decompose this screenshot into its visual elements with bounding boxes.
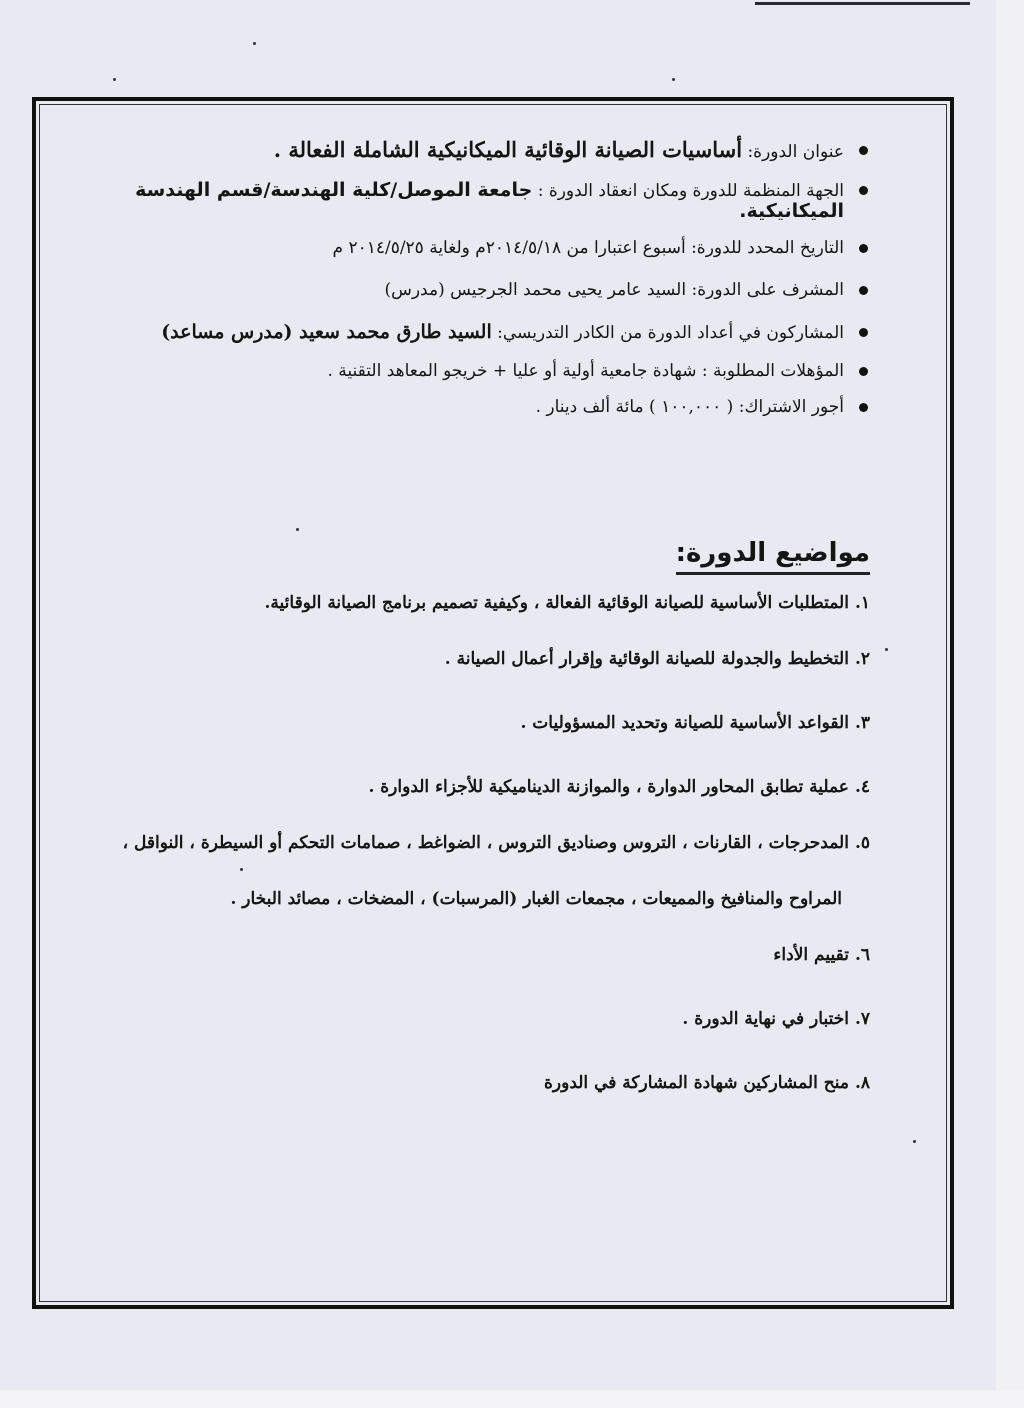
bullet-dates: التاريخ المحدد للدورة: أسبوع اعتبارا من … [60, 238, 870, 258]
label: أجور الاشتراك: [739, 397, 844, 417]
label: الجهة المنظمة للدورة ومكان انعقاد الدورة… [538, 181, 844, 201]
scan-speck [113, 78, 116, 81]
scan-speck [885, 648, 888, 651]
label: المشاركون في أعداد الدورة من الكادر التد… [497, 323, 844, 343]
topic-item: ٢.التخطيط والجدولة للصيانة الوقائية وإقر… [445, 648, 870, 670]
topic-item: ٦.تقييم الأداء [773, 944, 870, 966]
scan-speck [240, 868, 243, 871]
topic-item: ٨.منح المشاركين شهادة المشاركة في الدورة [544, 1072, 870, 1094]
dates: أسبوع اعتبارا من ٢٠١٤/٥/١٨م ولغاية ٢٠١٤/… [333, 238, 686, 258]
label: المؤهلات المطلوبة : [702, 361, 844, 381]
label: عنوان الدورة: [747, 142, 844, 162]
topic-item: ٣.القواعد الأساسية للصيانة وتحديد المسؤو… [520, 712, 870, 734]
bullet-qualifications: المؤهلات المطلوبة : شهادة جامعية أولية أ… [60, 361, 870, 381]
qualifications: شهادة جامعية أولية أو عليا + خريجو المعا… [327, 361, 696, 381]
bullet-fees: أجور الاشتراك: ( ١٠٠,٠٠٠ ) مائة ألف دينا… [60, 397, 870, 417]
scan-speck [913, 1140, 916, 1143]
course-title: أساسيات الصيانة الوقائية الميكانيكية الش… [274, 137, 742, 162]
bullet-supervisor: المشرف على الدورة: السيد عامر يحيى محمد … [60, 280, 870, 300]
page-edge-bottom [0, 1390, 1024, 1408]
topics-heading: مواضيع الدورة: [676, 538, 870, 575]
scan-speck [672, 78, 675, 81]
label: المشرف على الدورة: [691, 280, 844, 300]
scan-speck [253, 42, 256, 45]
page-edge-right [996, 0, 1024, 1390]
topic-item: ٤.عملية تطابق المحاور الدوارة ، والموازن… [368, 776, 870, 798]
bullet-course-title: عنوان الدورة: أساسيات الصيانة الوقائية ا… [60, 140, 870, 162]
bullet-organizer: الجهة المنظمة للدورة ومكان انعقاد الدورة… [60, 180, 870, 222]
topic-item-continuation: المراوح والمنافيخ والمميعات ، مجمعات الغ… [230, 888, 842, 910]
bullet-participants: المشاركون في أعداد الدورة من الكادر التد… [60, 322, 870, 343]
supervisor: السيد عامر يحيى محمد الجرجيس (مدرس) [384, 280, 686, 300]
topic-item: ٥.المدحرجات ، القارنات ، التروس وصناديق … [123, 832, 870, 854]
topic-item: ١.المتطلبات الأساسية للصيانة الوقائية ال… [265, 592, 870, 614]
label: التاريخ المحدد للدورة: [691, 238, 844, 258]
course-details-list: عنوان الدورة: أساسيات الصيانة الوقائية ا… [60, 140, 870, 417]
topics-heading-wrap: مواضيع الدورة: [676, 538, 870, 575]
top-rule-line [755, 2, 970, 5]
topic-item: ٧.اختبار في نهاية الدورة . [682, 1008, 870, 1030]
scan-speck [296, 528, 299, 531]
course-info: عنوان الدورة: أساسيات الصيانة الوقائية ا… [60, 140, 870, 434]
participants: السيد طارق محمد سعيد (مدرس مساعد) [161, 321, 492, 343]
fees: ( ١٠٠,٠٠٠ ) مائة ألف دينار . [536, 397, 734, 417]
